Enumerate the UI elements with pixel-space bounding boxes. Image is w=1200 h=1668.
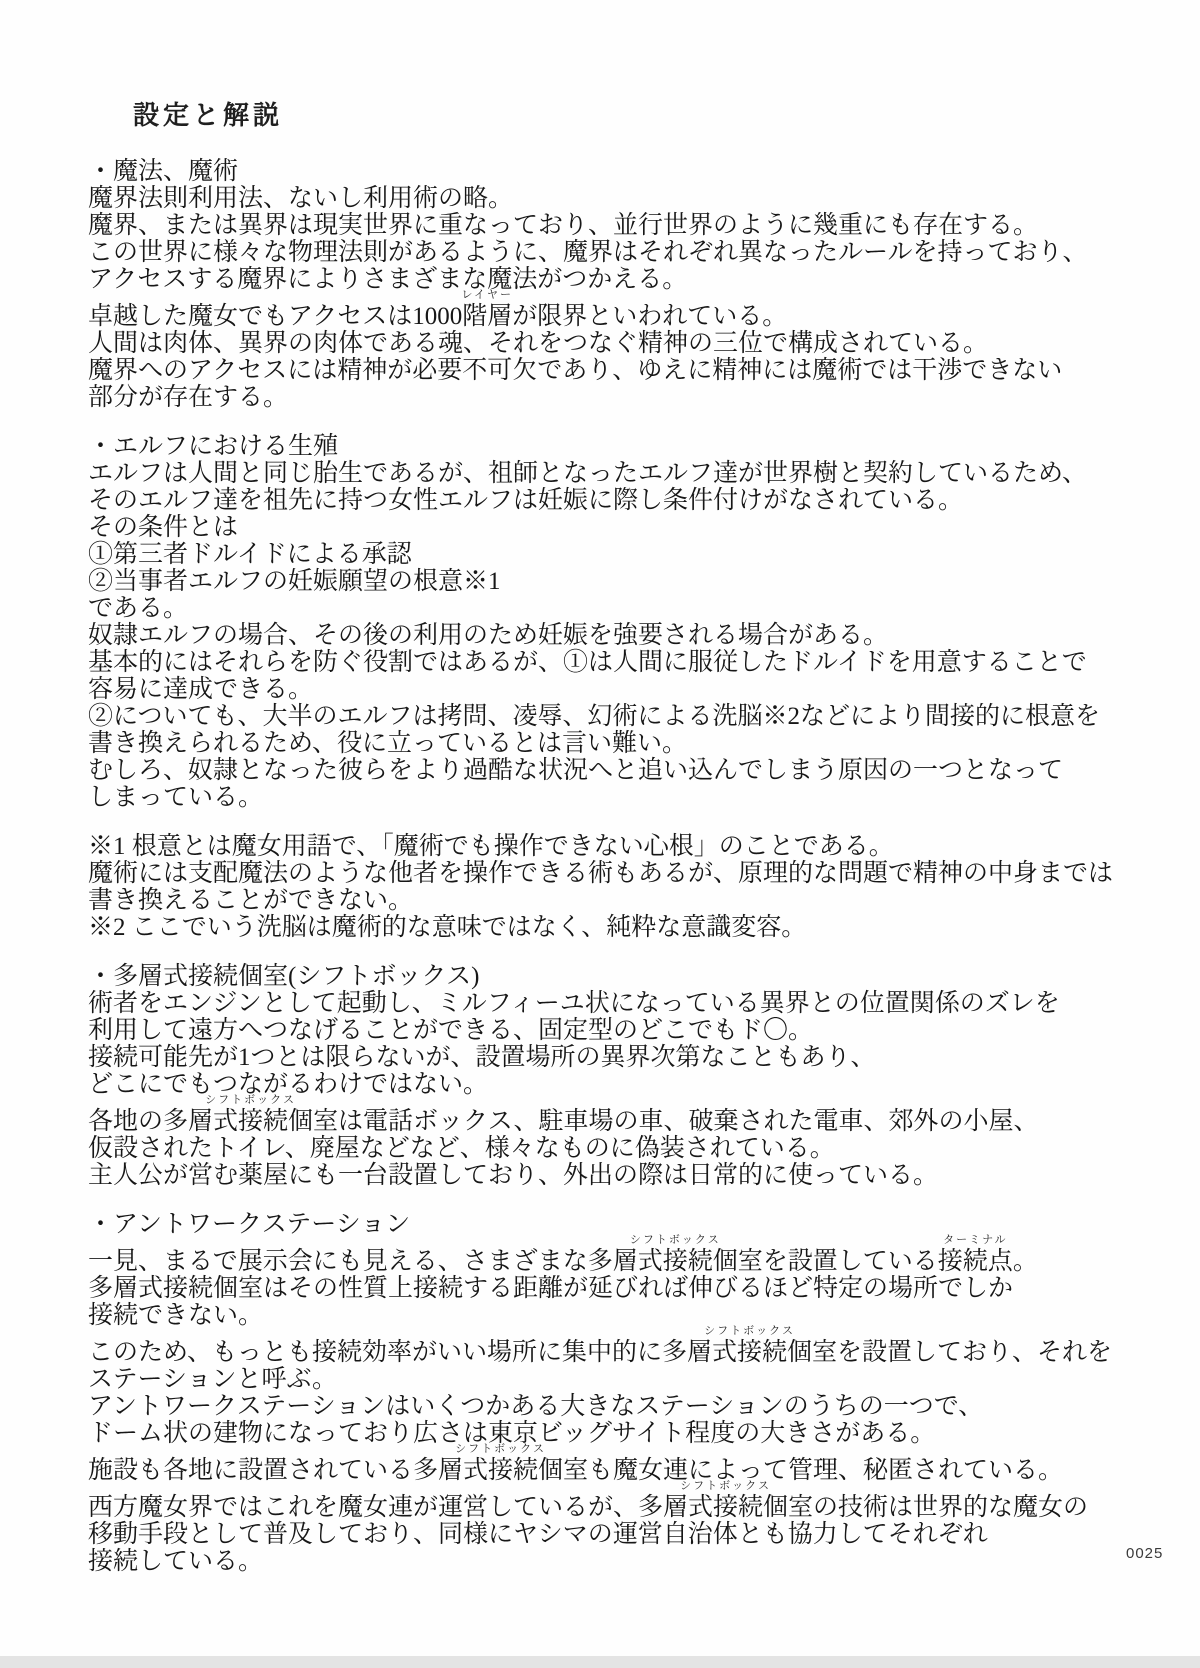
text-line: 移動手段として普及しており、同様にヤシマの運営自治体とも協力してそれぞれ [88,1521,1138,1548]
section-shift-box: ・多層式接続個室(シフトボックス) 術者をエンジンとして起動し、ミルフィーユ状に… [88,963,1138,1189]
ruby-annotated-text: 階層レイヤー [462,303,512,330]
ruby-annotated-text: 多層式接続個室シフトボックス [588,1248,763,1275]
section-heading: ・魔法、魔術 [88,158,1138,185]
text-line: 容易に達成できる。 [88,676,1138,703]
text-line: ②についても、大半のエルフは拷問、凌辱、幻術による洗脳※2などにより間接的に根意… [88,703,1138,730]
page-title: 設定と解説 [133,100,1138,130]
text-line: 一見、まるで展示会にも見える、さまざまな多層式接続個室シフトボックスを設置してい… [88,1248,1138,1275]
ruby-annotated-text: 多層式接続個室シフトボックス [163,1108,338,1135]
text-line: このため、もっとも接続効率がいい場所に集中的に多層式接続個室シフトボックスを設置… [88,1339,1138,1366]
text-line: ①第三者ドルイドによる承認 [88,541,1138,568]
document-page: 設定と解説 ・魔法、魔術 魔界法則利用法、ないし利用術の略。 魔界、または異界は… [0,0,1200,1668]
text-line: この世界に様々な物理法則があるように、魔界はそれぞれ異なったルールを持っており、 [88,239,1138,266]
text-line: アクセスする魔界によりさまざまな魔法がつかえる。 [88,266,1138,293]
text-line: 接続している。 [88,1548,1138,1575]
bottom-edge-strip [0,1656,1200,1668]
text-line: 術者をエンジンとして起動し、ミルフィーユ状になっている異界との位置関係のズレを [88,990,1138,1017]
text-line: 主人公が営む薬屋にも一台設置しており、外出の際は日常的に使っている。 [88,1162,1138,1189]
text-line: むしろ、奴隷となった彼らをより過酷な状況へと追い込んでしまう原因の一つとなって [88,757,1138,784]
ruby-annotated-text: 多層式接続個室シフトボックス [413,1457,588,1484]
text-line: 施設も各地に設置されている多層式接続個室シフトボックスも魔女連によって管理、秘匿… [88,1457,1138,1484]
text-line: 人間は肉体、異界の肉体である魂、それをつなぐ精神の三位で構成されている。 [88,330,1138,357]
ruby-annotated-text: 多層式接続個室シフトボックス [638,1494,813,1521]
text-line: 利用して遠方へつなげることができる、固定型のどこでもド〇。 [88,1017,1138,1044]
footnote-line: 魔術には支配魔法のような他者を操作できる術もあるが、原理的な問題で精神の中身まで… [88,860,1138,887]
text-line: ②当事者エルフの妊娠願望の根意※1 [88,568,1138,595]
section-elf-reproduction: ・エルフにおける生殖 エルフは人間と同じ胎生であるが、祖師となったエルフ達が世界… [88,433,1138,811]
text-line: 西方魔女界ではこれを魔女連が運営しているが、多層式接続個室シフトボックスの技術は… [88,1494,1138,1521]
text-line: 奴隷エルフの場合、その後の利用のため妊娠を強要される場合がある。 [88,622,1138,649]
section-footnotes: ※1 根意とは魔女用語で、「魔術でも操作できない心根」のことである。 魔術には支… [88,833,1138,941]
section-antwork-station: ・アントワークステーション 一見、まるで展示会にも見える、さまざまな多層式接続個… [88,1211,1138,1575]
text-line: 書き換えられるため、役に立っているとは言い難い。 [88,730,1138,757]
text-line: 魔界へのアクセスには精神が必要不可欠であり、ゆえに精神には魔術では干渉できない [88,357,1138,384]
text-line: 部分が存在する。 [88,384,1138,411]
text-line: 接続できない。 [88,1302,1138,1329]
text-line: その条件とは [88,514,1138,541]
text-line: 卓越した魔女でもアクセスは1000階層レイヤーが限界といわれている。 [88,303,1138,330]
section-heading: ・多層式接続個室(シフトボックス) [88,963,1138,990]
footnote-line: ※2 ここでいう洗脳は魔術的な意味ではなく、純粋な意識変容。 [88,914,1138,941]
text-line: である。 [88,595,1138,622]
text-line: ステーションと呼ぶ。 [88,1366,1138,1393]
text-line: しまっている。 [88,784,1138,811]
ruby-annotated-text: 接続点ターミナル [938,1248,1013,1275]
text-line: そのエルフ達を祖先に持つ女性エルフは妊娠に際し条件付けがなされている。 [88,487,1138,514]
text-line: 基本的にはそれらを防ぐ役割ではあるが、①は人間に服従したドルイドを用意することで [88,649,1138,676]
footnote-line: ※1 根意とは魔女用語で、「魔術でも操作できない心根」のことである。 [88,833,1138,860]
section-magic: ・魔法、魔術 魔界法則利用法、ないし利用術の略。 魔界、または異界は現実世界に重… [88,158,1138,411]
ruby-annotated-text: 多層式接続個室シフトボックス [662,1339,837,1366]
text-line: 魔界、または異界は現実世界に重なっており、並行世界のように幾重にも存在する。 [88,212,1138,239]
text-line: エルフは人間と同じ胎生であるが、祖師となったエルフ達が世界樹と契約しているため、 [88,460,1138,487]
footnote-line: 書き換えることができない。 [88,887,1138,914]
text-line: 仮設されたトイレ、廃屋などなど、様々なものに偽装されている。 [88,1135,1138,1162]
text-line: ドーム状の建物になっており広さは東京ビッグサイト程度の大きさがある。 [88,1420,1138,1447]
text-line: アントワークステーションはいくつかある大きなステーションのうちの一つで、 [88,1393,1138,1420]
text-line: 接続可能先が1つとは限らないが、設置場所の異界次第なこともあり、 [88,1044,1138,1071]
text-line: 各地の多層式接続個室シフトボックスは電話ボックス、駐車場の車、破棄された電車、郊… [88,1108,1138,1135]
section-heading: ・エルフにおける生殖 [88,433,1138,460]
text-line: 魔界法則利用法、ないし利用術の略。 [88,185,1138,212]
text-line: 多層式接続個室はその性質上接続する距離が延びれば伸びるほど特定の場所でしか [88,1275,1138,1302]
document-body: 設定と解説 ・魔法、魔術 魔界法則利用法、ないし利用術の略。 魔界、または異界は… [88,100,1138,1575]
page-number: 0025 [1126,1545,1163,1562]
